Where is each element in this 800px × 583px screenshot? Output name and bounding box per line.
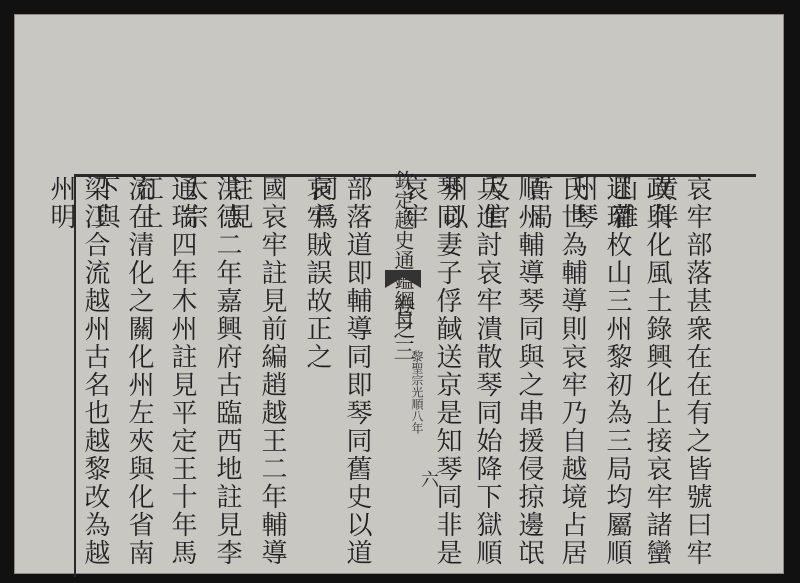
text-column: 氏世為輔導則哀牢乃自越境占居吾局 (555, 175, 589, 583)
text-column: 梁江合流越州古名也越黎改為越州明 (78, 175, 112, 583)
text-column: 洪德二年嘉興府古臨西地註見李太宗 (210, 175, 244, 583)
reign-note: 黎聖宗光順八年 (409, 350, 426, 434)
text-column: 遝瓘枚山三州黎初為三局均屬順州琴 (600, 175, 634, 583)
text-column: 哀牢部落甚衆在在有之皆號曰牢黄伴 (680, 175, 714, 583)
text-column: 兵進討哀牢潰散琴同始降下獄順州以 (470, 175, 504, 583)
text-column: 哀牢賊誤故正之 (300, 175, 334, 371)
text-column: 部落道即輔導同即琴同舊史以道同爲 (340, 175, 374, 583)
text-column: 政與化風土錄興化上接哀牢諸蠻山雜 (640, 175, 674, 583)
text-column: 順州輔導琴同與之串援侵掠邊氓及官 (512, 175, 546, 583)
text-column: 通瑞四年木州註見平定王十年馬江上 (165, 175, 199, 583)
text-column: 流在清化之關化州左夾與化省南下與 (122, 175, 156, 583)
text-column: 國哀牢註見前編趙越王二年輔導註見 (255, 175, 289, 583)
text-column: 琴同妻子俘馘送京是知琴同非是哀牢 (430, 175, 464, 583)
